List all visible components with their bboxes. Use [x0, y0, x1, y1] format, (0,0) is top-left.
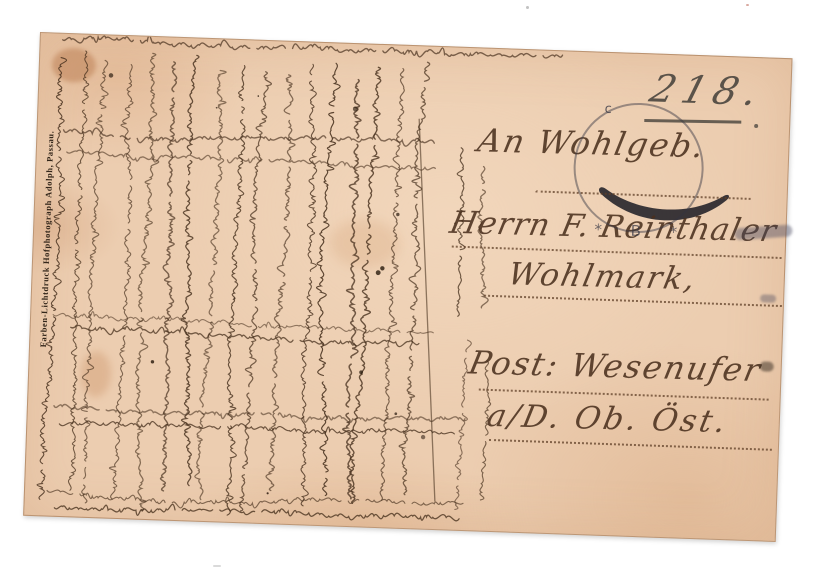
postcard-scan: Farben-Lichtdruck Hofphotograph Adolph, … — [0, 0, 818, 571]
postcard: Farben-Lichtdruck Hofphotograph Adolph, … — [23, 32, 792, 542]
scan-speck — [526, 6, 529, 9]
postmark-bottom-text: * B * — [594, 220, 689, 241]
scan-speck — [213, 565, 221, 567]
pencil-number: 218. — [645, 67, 770, 115]
address-line-region: a/D. Ob. Öst. — [484, 398, 732, 440]
scan-speck — [746, 4, 749, 6]
ink-smudge — [760, 361, 774, 371]
ink-smudge — [760, 294, 776, 303]
address-line-place: Wohlmark, — [505, 256, 700, 297]
address-line-post: Post: Wesenufer — [466, 344, 766, 389]
postmark-top-letter: c — [604, 102, 612, 117]
